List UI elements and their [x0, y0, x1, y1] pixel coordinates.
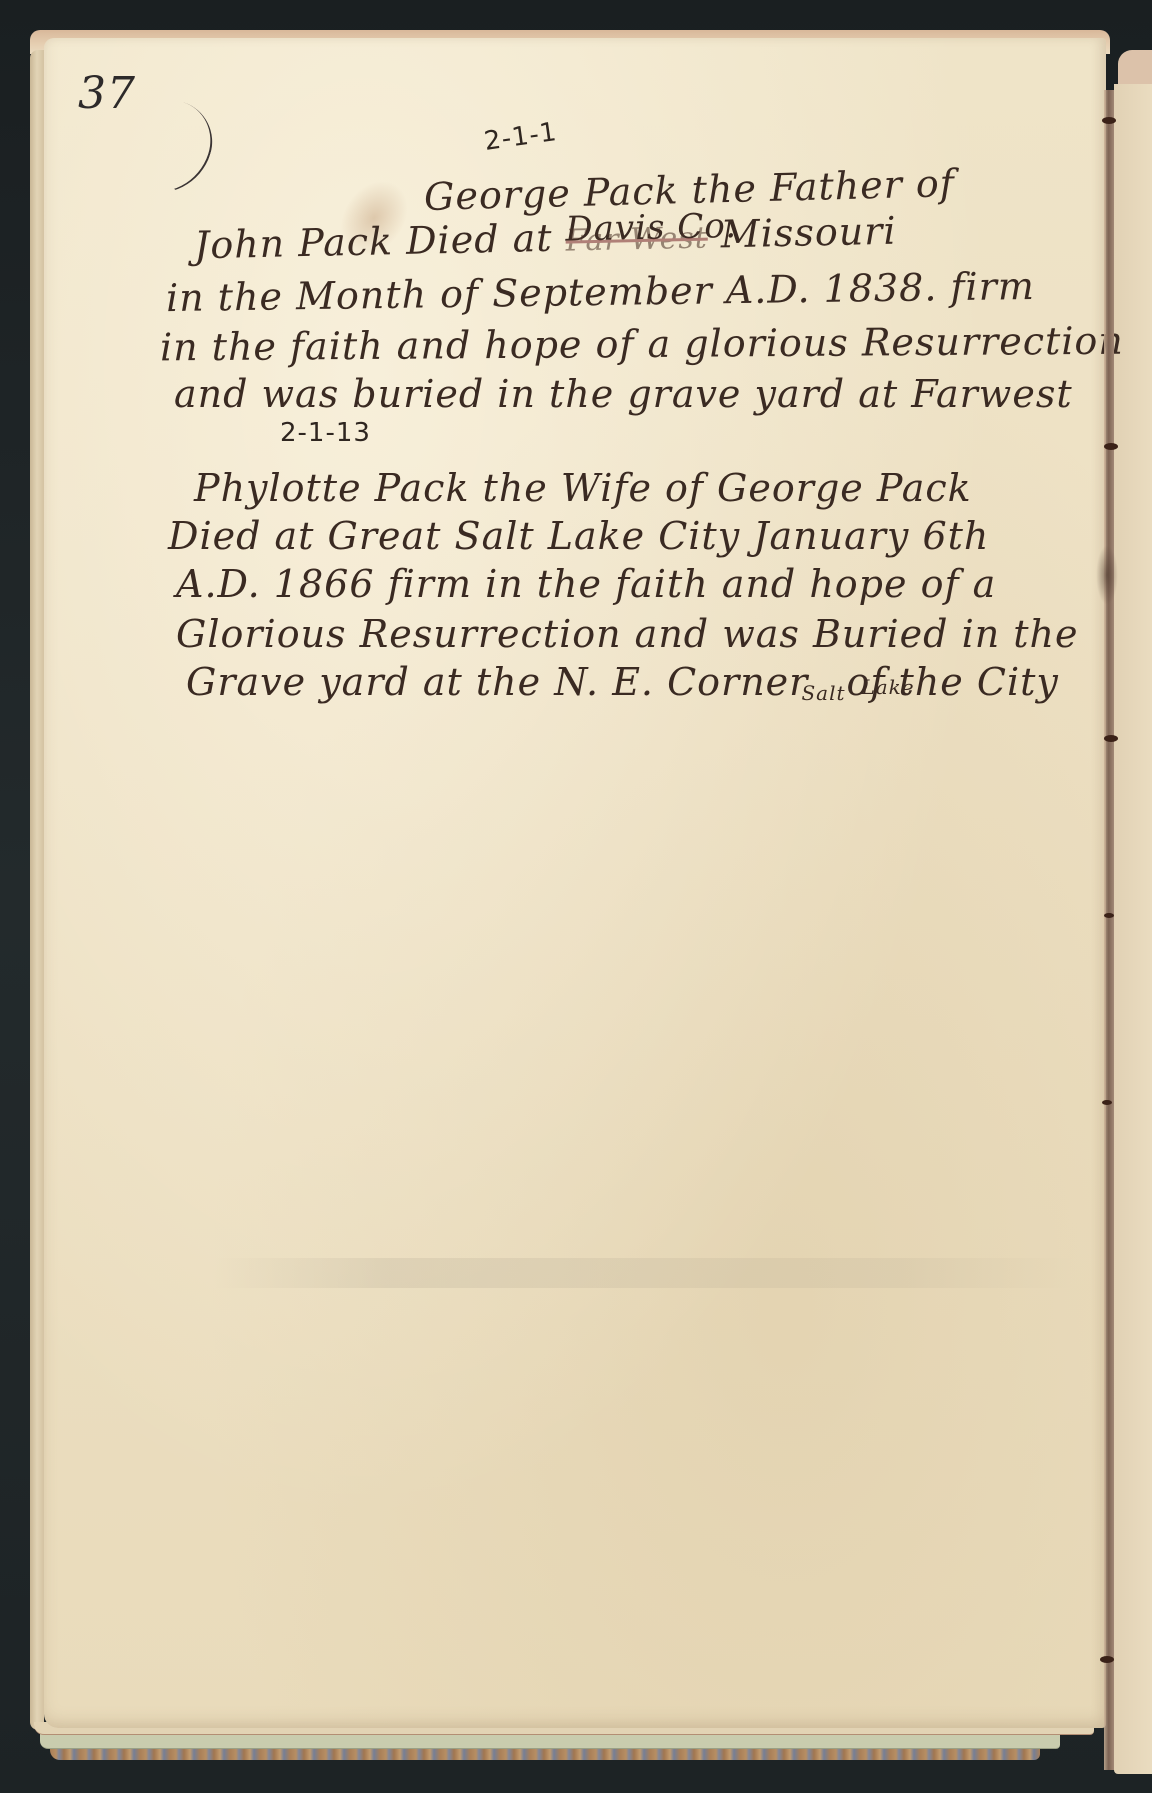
entry-line-text: Grave yard at the N. E. Corner	[186, 660, 808, 704]
entry-line: in the faith and hope of a glorious Resu…	[160, 319, 1124, 370]
entry-line: A.D. 1866 firm in the faith and hope of …	[176, 562, 996, 606]
entry-ref-code: 2-1-13	[280, 418, 371, 448]
book-left-edge	[30, 50, 44, 1730]
entry-line: Grave yard at the N. E. Corner Salt Lake…	[186, 660, 1059, 704]
binding-stitch	[1102, 117, 1116, 124]
entry-ref-code: 2-1-1	[482, 117, 559, 157]
struck-text: Far West	[565, 221, 708, 259]
binding-stitch	[1104, 913, 1114, 918]
manuscript-page: 37 2-1-1 George Pack the Father of John …	[44, 38, 1106, 1728]
scanned-book-spread: 37 2-1-1 George Pack the Father of John …	[0, 0, 1152, 1793]
entry-line: and was buried in the grave yard at Farw…	[174, 372, 1073, 416]
superscript-insert: Salt	[801, 681, 845, 705]
entry-line: John Pack Died at Davis Co. Far West Mis…	[194, 209, 897, 268]
entry-line: in the Month of September A.D. 1838. fir…	[166, 264, 1035, 320]
binding-gutter	[1104, 90, 1114, 1770]
entry-line: Died at Great Salt Lake City January 6th	[168, 514, 989, 558]
entry-line: Phylotte Pack the Wife of George Pack	[194, 466, 972, 510]
binding-stitch	[1100, 1656, 1114, 1663]
offset-print-ghost	[214, 1258, 1074, 1288]
superscript-insert: Lake	[861, 675, 914, 699]
page-number: 37	[78, 68, 136, 119]
binding-stitch	[1104, 443, 1118, 450]
entry-line: Glorious Resurrection and was Buried in …	[176, 612, 1079, 656]
gutter-smudge	[1096, 545, 1118, 605]
binding-stitch	[1104, 735, 1118, 742]
binding-stitch	[1102, 1100, 1112, 1105]
entry-line-text: John Pack Died at	[194, 216, 553, 267]
entry-line-text: Missouri	[720, 209, 897, 257]
